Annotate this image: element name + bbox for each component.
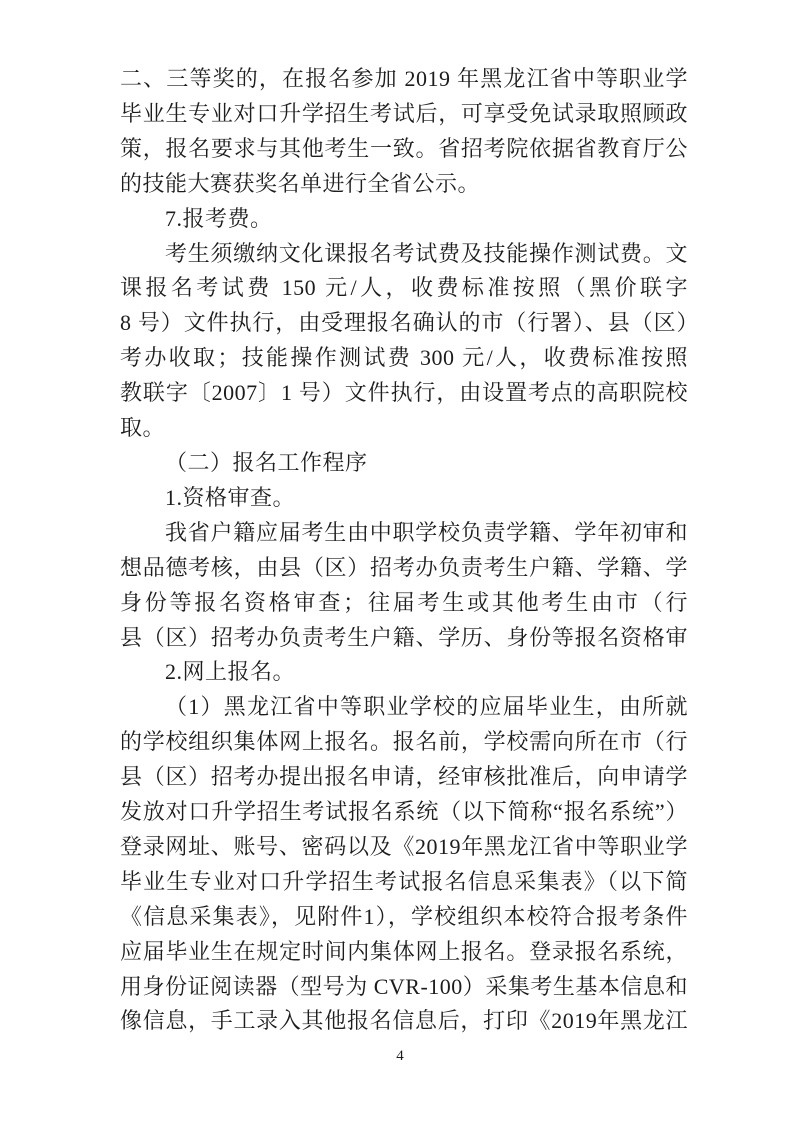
text-line: 8 号）文件执行，由受理报名确认的市（行署）、县（区）招	[120, 306, 688, 341]
text-line: 2.网上报名。	[120, 655, 688, 690]
text-line: 身份等报名资格审查；往届考生或其他考生由市（行署）、	[120, 586, 688, 621]
text-line: 考办收取；技能操作测试费 300 元/人，收费标准按照（黑	[120, 341, 688, 376]
text-line: 二、三等奖的，在报名参加 2019 年黑龙江省中等职业学校	[120, 62, 688, 97]
text-line: 课报名考试费 150 元/人，收费标准按照（黑价联字〔2009〕	[120, 271, 688, 306]
text-line: 考生须缴纳文化课报名考试费及技能操作测试费。文化	[120, 237, 688, 272]
text-line: 应届毕业生在规定时间内集体网上报名。登录报名系统，利	[120, 935, 688, 970]
text-line: 毕业生专业对口升学招生考试后，可享受免试录取照顾政	[120, 97, 688, 132]
text-line: （1）黑龙江省中等职业学校的应届毕业生，由所就读	[120, 690, 688, 725]
page-number: 4	[0, 1046, 800, 1066]
document-page: 二、三等奖的，在报名参加 2019 年黑龙江省中等职业学校毕业生专业对口升学招生…	[0, 0, 800, 1131]
text-line: 发放对口升学招生考试报名系统（以下简称“报名系统”）	[120, 795, 688, 830]
text-line: 取。	[120, 411, 688, 446]
text-line: 我省户籍应届考生由中职学校负责学籍、学年初审和思	[120, 516, 688, 551]
text-line: （二）报名工作程序	[120, 446, 688, 481]
text-line: 策，报名要求与其他考生一致。省招考院依据省教育厅公布	[120, 132, 688, 167]
text-line: 的技能大赛获奖名单进行全省公示。	[120, 167, 688, 202]
text-line: 《信息采集表》，见附件1），学校组织本校符合报考条件的	[120, 900, 688, 935]
text-line: 像信息，手工录入其他报名信息后，打印《2019年黑龙江省	[120, 1004, 688, 1039]
text-line: 的学校组织集体网上报名。报名前，学校需向所在市（行署）、	[120, 725, 688, 760]
text-line: 教联字〔2007〕1 号）文件执行，由设置考点的高职院校收	[120, 376, 688, 411]
text-line: 毕业生专业对口升学招生考试报名信息采集表》（以下简称	[120, 865, 688, 900]
text-line: 登录网址、账号、密码以及《2019年黑龙江省中等职业学校	[120, 830, 688, 865]
document-body: 二、三等奖的，在报名参加 2019 年黑龙江省中等职业学校毕业生专业对口升学招生…	[120, 62, 688, 1039]
text-line: 县（区）招考办负责考生户籍、学历、身份等报名资格审查。	[120, 621, 688, 656]
text-line: 7.报考费。	[120, 202, 688, 237]
text-line: 1.资格审查。	[120, 481, 688, 516]
text-line: 县（区）招考办提出报名申请，经审核批准后，向申请学校	[120, 760, 688, 795]
text-line: 想品德考核，由县（区）招考办负责考生户籍、学籍、学历、	[120, 551, 688, 586]
text-line: 用身份证阅读器（型号为 CVR-100）采集考生基本信息和头	[120, 970, 688, 1005]
